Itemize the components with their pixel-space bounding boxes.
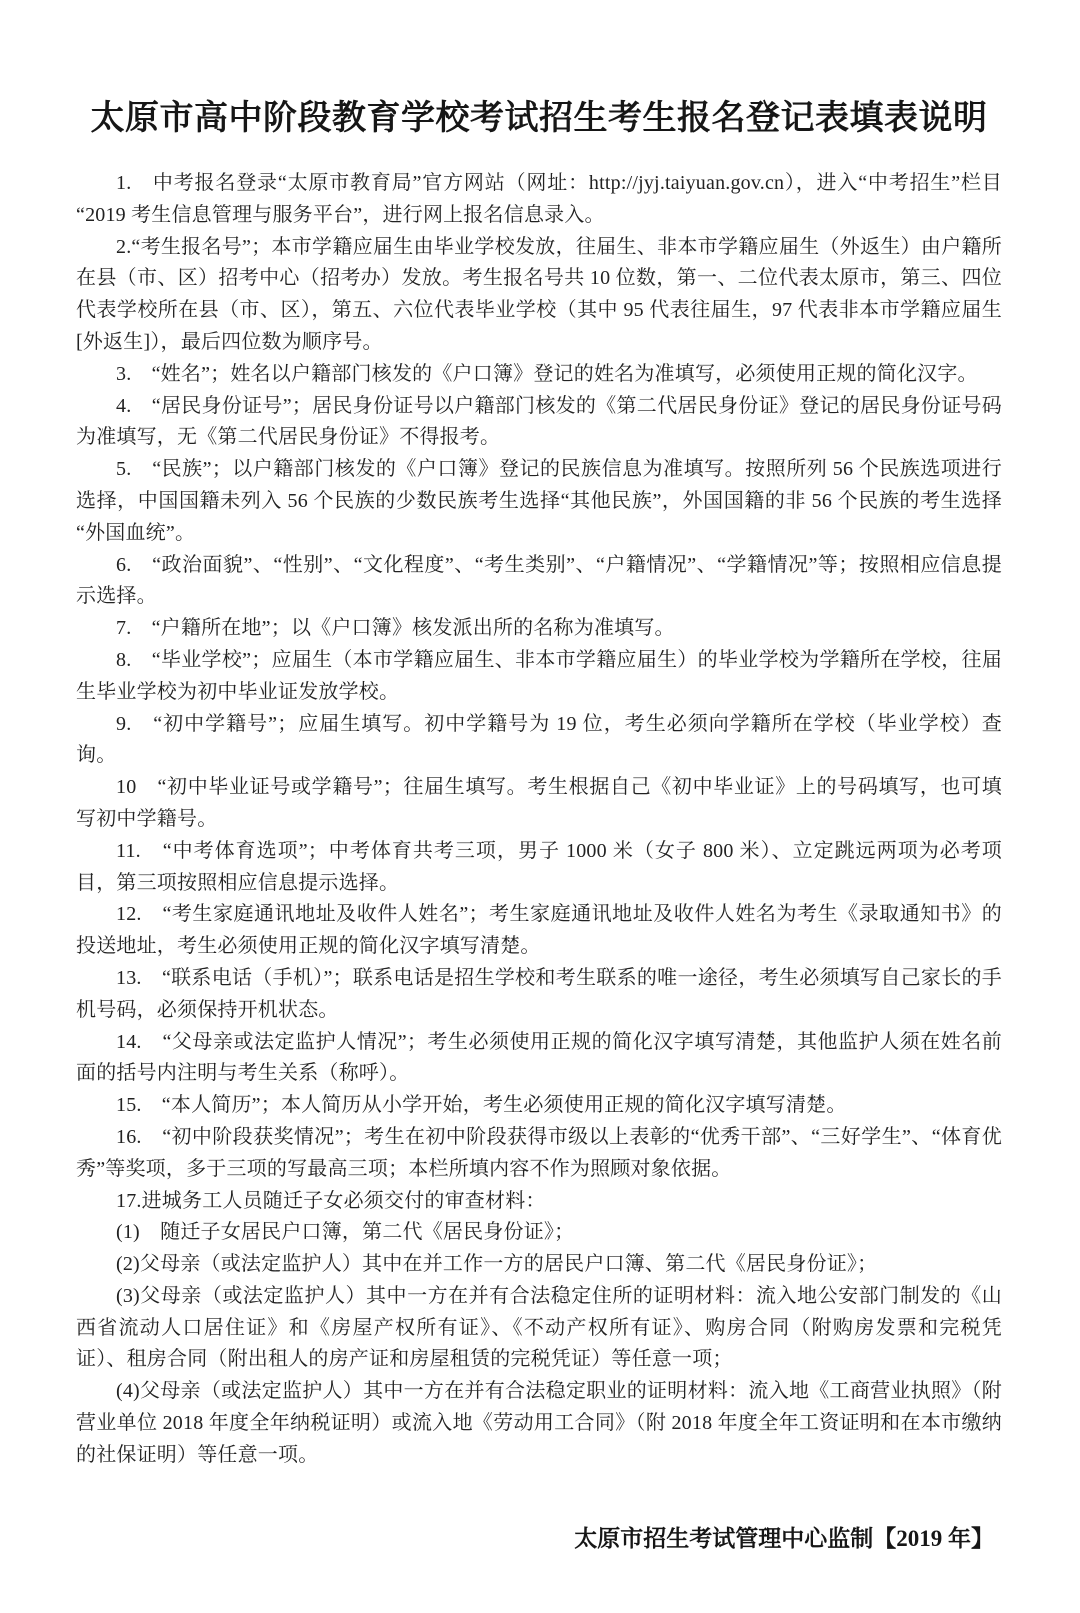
- document-page: 太原市高中阶段教育学校考试招生考生报名登记表填表说明 1. 中考报名登录“太原市…: [0, 0, 1080, 1613]
- instructions-list: 1. 中考报名登录“太原市教育局”官方网站（网址：http://jyj.taiy…: [76, 168, 1002, 1472]
- instruction-item: 2.“考生报名号”；本市学籍应届生由毕业学校发放，往届生、非本市学籍应届生（外返…: [76, 232, 1002, 359]
- instruction-item: 14. “父母亲或法定监护人情况”；考生必须使用正规的简化汉字填写清楚，其他监护…: [76, 1027, 1002, 1091]
- instruction-item: (4)父母亲（或法定监护人）其中一方在并有合法稳定职业的证明材料：流入地《工商营…: [76, 1376, 1002, 1471]
- instruction-item: 1. 中考报名登录“太原市教育局”官方网站（网址：http://jyj.taiy…: [76, 168, 1002, 232]
- instruction-item: 8. “毕业学校”；应届生（本市学籍应届生、非本市学籍应届生）的毕业学校为学籍所…: [76, 645, 1002, 709]
- instruction-item: 7. “户籍所在地”；以《户口簿》核发派出所的名称为准填写。: [76, 613, 1002, 645]
- instruction-item: 12. “考生家庭通讯地址及收件人姓名”；考生家庭通讯地址及收件人姓名为考生《录…: [76, 899, 1002, 963]
- instruction-item: 16. “初中阶段获奖情况”；考生在初中阶段获得市级以上表彰的“优秀干部”、“三…: [76, 1122, 1002, 1186]
- instruction-item: 10 “初中毕业证号或学籍号”；往届生填写。考生根据自己《初中毕业证》上的号码填…: [76, 772, 1002, 836]
- instruction-item: 9. “初中学籍号”；应届生填写。初中学籍号为 19 位，考生必须向学籍所在学校…: [76, 709, 1002, 773]
- instruction-item: 17.进城务工人员随迁子女必须交付的审查材料：: [76, 1186, 1002, 1218]
- instruction-item: 3. “姓名”；姓名以户籍部门核发的《户口簿》登记的姓名为准填写，必须使用正规的…: [76, 359, 1002, 391]
- document-title: 太原市高中阶段教育学校考试招生考生报名登记表填表说明: [76, 96, 1002, 142]
- instruction-item: 15. “本人简历”；本人简历从小学开始，考生必须使用正规的简化汉字填写清楚。: [76, 1090, 1002, 1122]
- instruction-item: (3)父母亲（或法定监护人）其中一方在并有合法稳定住所的证明材料：流入地公安部门…: [76, 1281, 1002, 1376]
- instruction-item: 13. “联系电话（手机）”；联系电话是招生学校和考生联系的唯一途径，考生必须填…: [76, 963, 1002, 1027]
- instruction-item: (1) 随迁子女居民户口簿，第二代《居民身份证》；: [76, 1217, 1002, 1249]
- instruction-item: 11. “中考体育选项”；中考体育共考三项，男子 1000 米（女子 800 米…: [76, 836, 1002, 900]
- instruction-item: (2)父母亲（或法定监护人）其中在并工作一方的居民户口簿、第二代《居民身份证》；: [76, 1249, 1002, 1281]
- instruction-item: 6. “政治面貌”、“性别”、“文化程度”、“考生类别”、“户籍情况”、“学籍情…: [76, 550, 1002, 614]
- footer-imprint: 太原市招生考试管理中心监制【2019 年】: [76, 1520, 1002, 1553]
- instruction-item: 5. “民族”；以户籍部门核发的《户口簿》登记的民族信息为准填写。按照所列 56…: [76, 454, 1002, 549]
- instruction-item: 4. “居民身份证号”；居民身份证号以户籍部门核发的《第二代居民身份证》登记的居…: [76, 391, 1002, 455]
